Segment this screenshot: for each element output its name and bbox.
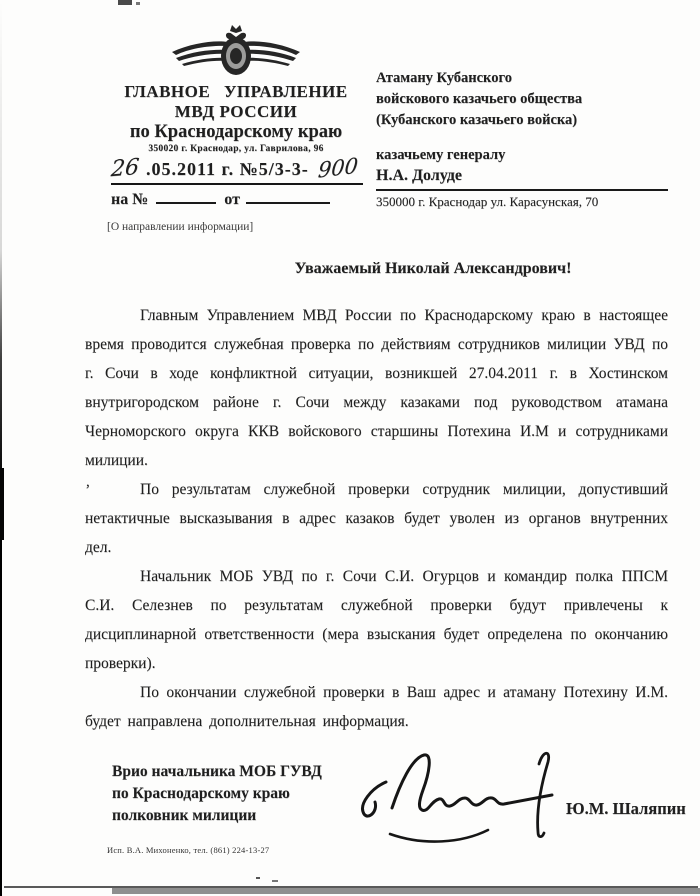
handwritten-number: 900 (317, 155, 359, 180)
letterhead: ГЛАВНОЕ УПРАВЛЕНИЕ МВД РОССИИ по Краснод… (85, 22, 387, 209)
signer-title-line: полковник милиции (112, 805, 322, 827)
recipient-line: Атаману Кубанского (376, 68, 668, 89)
ref-blank-field (246, 189, 330, 204)
reference-line: на №от (111, 189, 387, 209)
mvd-double-eagle-emblem-icon (170, 22, 302, 80)
scan-edge-blotch (0, 468, 4, 540)
recipient-name: Н.А. Долуде (376, 166, 668, 191)
typed-date-number: .05.2011 г. №5/3-3- (146, 159, 309, 179)
subject-line: [О направлении информации] (107, 221, 253, 233)
recipient-line: (Кубанского казачьего войска) (376, 110, 668, 131)
org-name-line2: МВД РОССИИ (85, 102, 387, 122)
scan-bottom-band (112, 888, 700, 894)
body-paragraph: По результатам служебной проверки сотруд… (85, 475, 668, 562)
signer-title-line: по Краснодарскому краю (112, 783, 322, 805)
signer-title-line: Врио начальника МОБ ГУВД (112, 761, 322, 783)
scanned-official-letter: , ГЛАВНОЕ УПРАВЛЕНИЕ МВД РОССИИ по Красн… (0, 0, 700, 896)
recipient-rank: казачьему генералу (376, 145, 668, 166)
salutation: Уважаемый Николай Александрович! (160, 260, 700, 278)
handwritten-signature (332, 742, 564, 854)
scan-edge-line (0, 0, 2, 896)
ref-na-label: на № (111, 191, 148, 208)
handwritten-day: 26 (110, 158, 140, 181)
scan-speck (256, 877, 260, 879)
scan-speck (272, 880, 278, 882)
body-paragraph: По окончании служебной проверки в Ваш ад… (85, 678, 668, 736)
org-name-line3: по Краснодарскому краю (85, 122, 387, 143)
executor-footer-note: Исп. В.А. Михоненко, тел. (861) 224-13-2… (107, 845, 269, 855)
org-name-line1: ГЛАВНОЕ УПРАВЛЕНИЕ (85, 82, 387, 102)
body-paragraph: Начальник МОБ УВД по г. Сочи С.И. Огурцо… (85, 562, 668, 678)
scan-top-speck (136, 2, 140, 5)
scan-top-mark (118, 0, 132, 5)
body-paragraph: Главным Управлением МВД России по Красно… (85, 301, 668, 475)
recipient-address: 350000 г. Краснодар ул. Карасунская, 70 (376, 194, 668, 210)
date-number-line: 26.05.2011 г. №5/3-3-900 (111, 158, 363, 185)
recipient-line: войскового казачьего общества (376, 89, 668, 110)
signer-name: Ю.М. Шаляпин (566, 799, 686, 819)
org-address: 350020 г. Краснодар, ул. Гаврилова, 96 (85, 143, 387, 155)
letter-body: Главным Управлением МВД России по Красно… (85, 301, 668, 736)
recipient-block: Атаману Кубанского войскового казачьего … (376, 68, 668, 210)
signer-title-block: Врио начальника МОБ ГУВД по Краснодарско… (112, 761, 322, 827)
ref-ot-label: от (224, 191, 240, 208)
ref-blank-field (156, 189, 216, 204)
